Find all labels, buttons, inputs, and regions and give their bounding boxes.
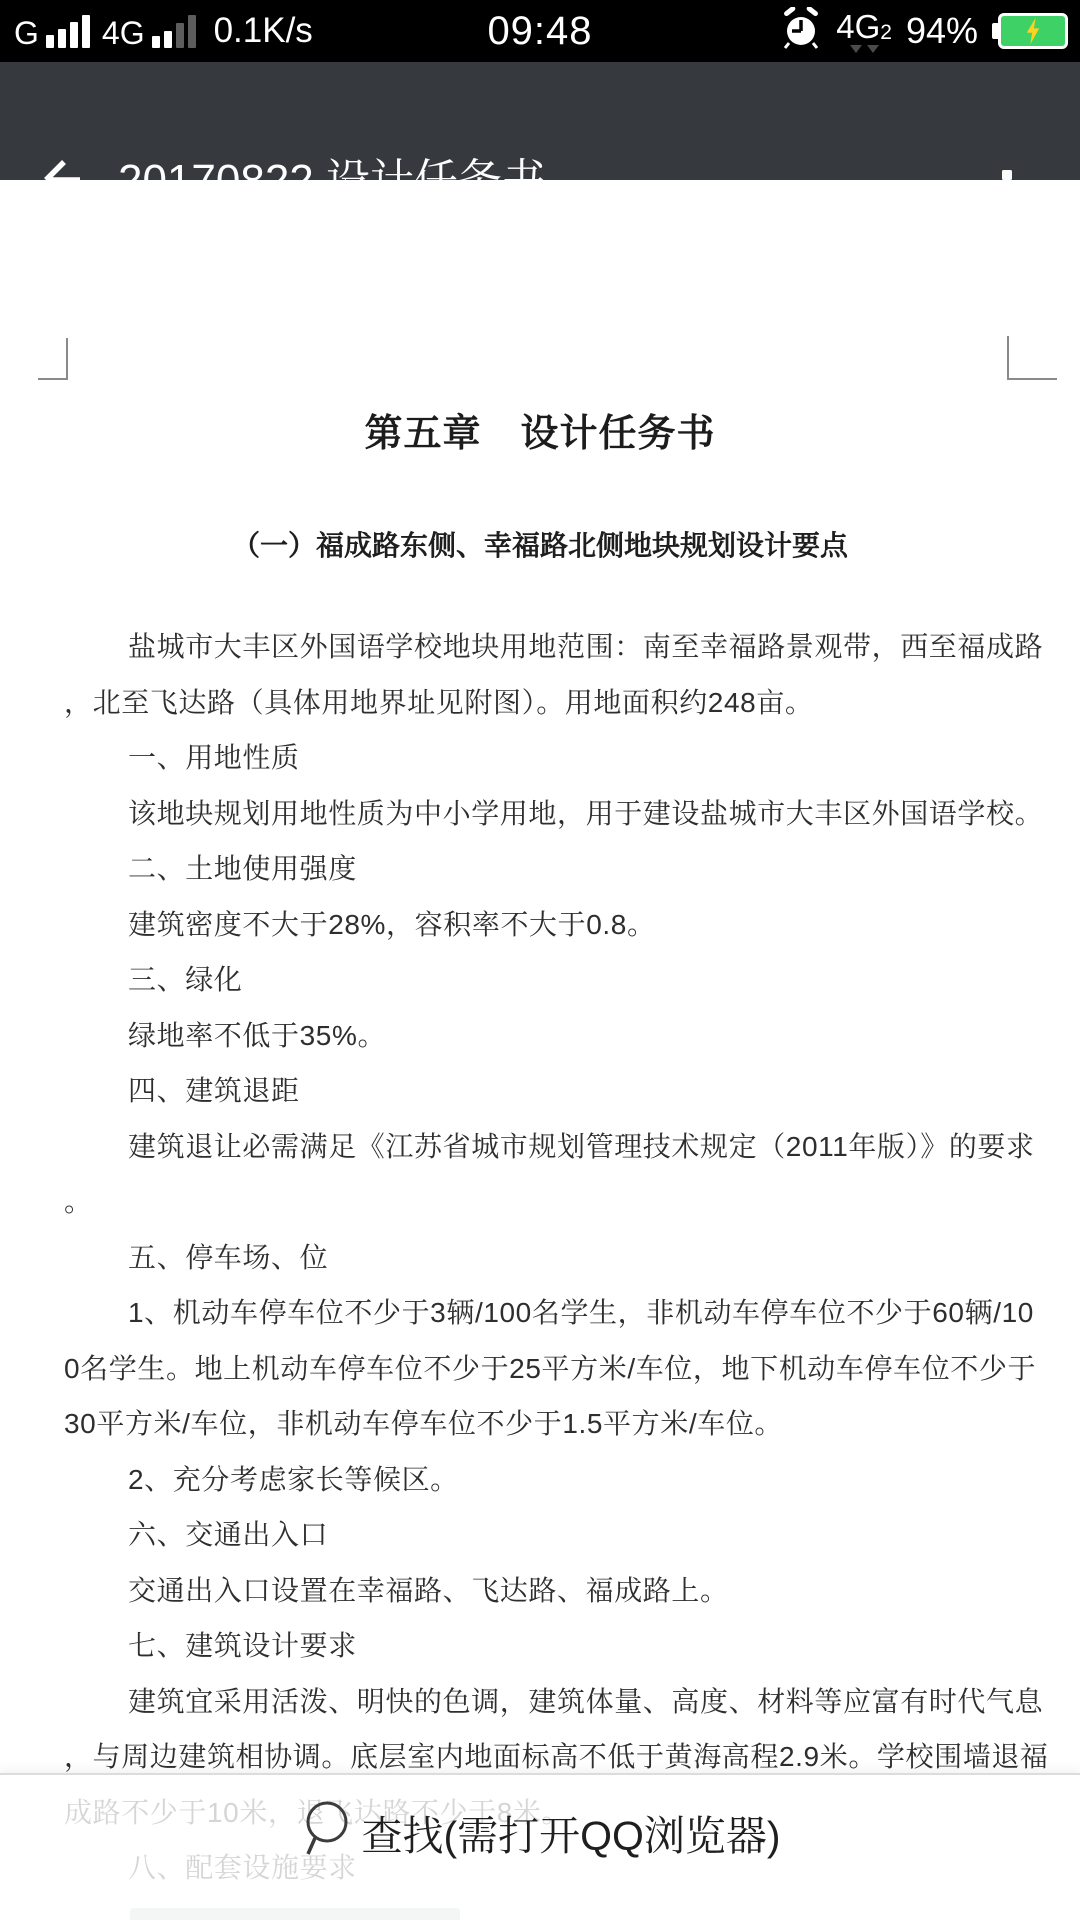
search-icon <box>299 1800 351 1865</box>
battery-charging-icon <box>992 13 1068 49</box>
battery-percent-text: 94% <box>906 10 978 52</box>
doc-line: 三、绿化 <box>128 966 242 994</box>
doc-line: 建筑宜采用活泼、明快的色调，建筑体量、高度、材料等应富有时代气息 <box>128 1688 1043 1716</box>
app-header: 20170822 设计任务书 QQ浏览器文件服务 <box>0 62 1080 180</box>
doc-line: 。 <box>64 1188 93 1216</box>
doc-line: 交通出入口设置在幸福路、飞达路、福成路上。 <box>128 1577 729 1605</box>
find-bar[interactable]: 查找(需打开QQ浏览器) <box>0 1800 1080 1865</box>
doc-line: 1、机动车停车位不少于3辆/100名学生，非机动车停车位不少于60辆/10 <box>128 1299 1034 1327</box>
network-type-badge: 4G 2 <box>836 10 892 53</box>
page-corner-mark-left <box>38 338 68 380</box>
page-corner-mark-right <box>1007 336 1057 380</box>
doc-line: 一、用地性质 <box>128 744 300 772</box>
doc-line: 七、建筑设计要求 <box>128 1632 357 1660</box>
doc-line: ，北至飞达路（具体用地界址见附图）。用地面积约248亩。 <box>64 689 814 717</box>
doc-line: ，与周边建筑相协调。底层室内地面标高不低于黄海高程2.9米。学校围墙退福 <box>64 1743 1049 1771</box>
doc-line: 四、建筑退距 <box>128 1077 300 1105</box>
status-bar: G 4G 0.1K/s 09:48 <box>0 0 1080 62</box>
doc-line: 盐城市大丰区外国语学校地块用地范围：南至幸福路景观带，西至福成路 <box>128 633 1043 661</box>
status-right-cluster: 4G 2 94% <box>780 0 1068 62</box>
doc-line: 2、充分考虑家长等候区。 <box>128 1466 459 1494</box>
doc-line: 二、土地使用强度 <box>128 855 357 883</box>
doc-line: 六、交通出入口 <box>128 1521 328 1549</box>
section-heading: （一）福成路东侧、幸福路北侧地块规划设计要点 <box>0 524 1080 564</box>
data-arrows-icon <box>850 45 879 53</box>
doc-line: 该地块规划用地性质为中小学用地，用于建设盐城市大丰区外国语学校。 <box>128 800 1043 828</box>
network-sub-text: 2 <box>880 22 892 43</box>
doc-line: 五、停车场、位 <box>128 1244 328 1272</box>
doc-line: 绿地率不低于35%。 <box>128 1022 386 1050</box>
screen: { "status_bar": { "sim1_label": "G", "si… <box>0 0 1080 1920</box>
chapter-title: 第五章 设计任务书 <box>0 402 1080 457</box>
doc-line: 30平方米/车位，非机动车停车位不少于1.5平方米/车位。 <box>64 1410 783 1438</box>
doc-line: 建筑退让必需满足《江苏省城市规划管理技术规定（2011年版）》的要求 <box>128 1133 1035 1161</box>
doc-line: 0名学生。地上机动车停车位不少于25平方米/车位，地下机动车停车位不少于 <box>64 1355 1036 1383</box>
find-label: 查找(需打开QQ浏览器) <box>361 1803 780 1862</box>
network-type-text: 4G <box>836 10 880 43</box>
doc-line: 建筑密度不大于28%，容积率不大于0.8。 <box>128 911 656 939</box>
alarm-icon <box>780 7 822 56</box>
